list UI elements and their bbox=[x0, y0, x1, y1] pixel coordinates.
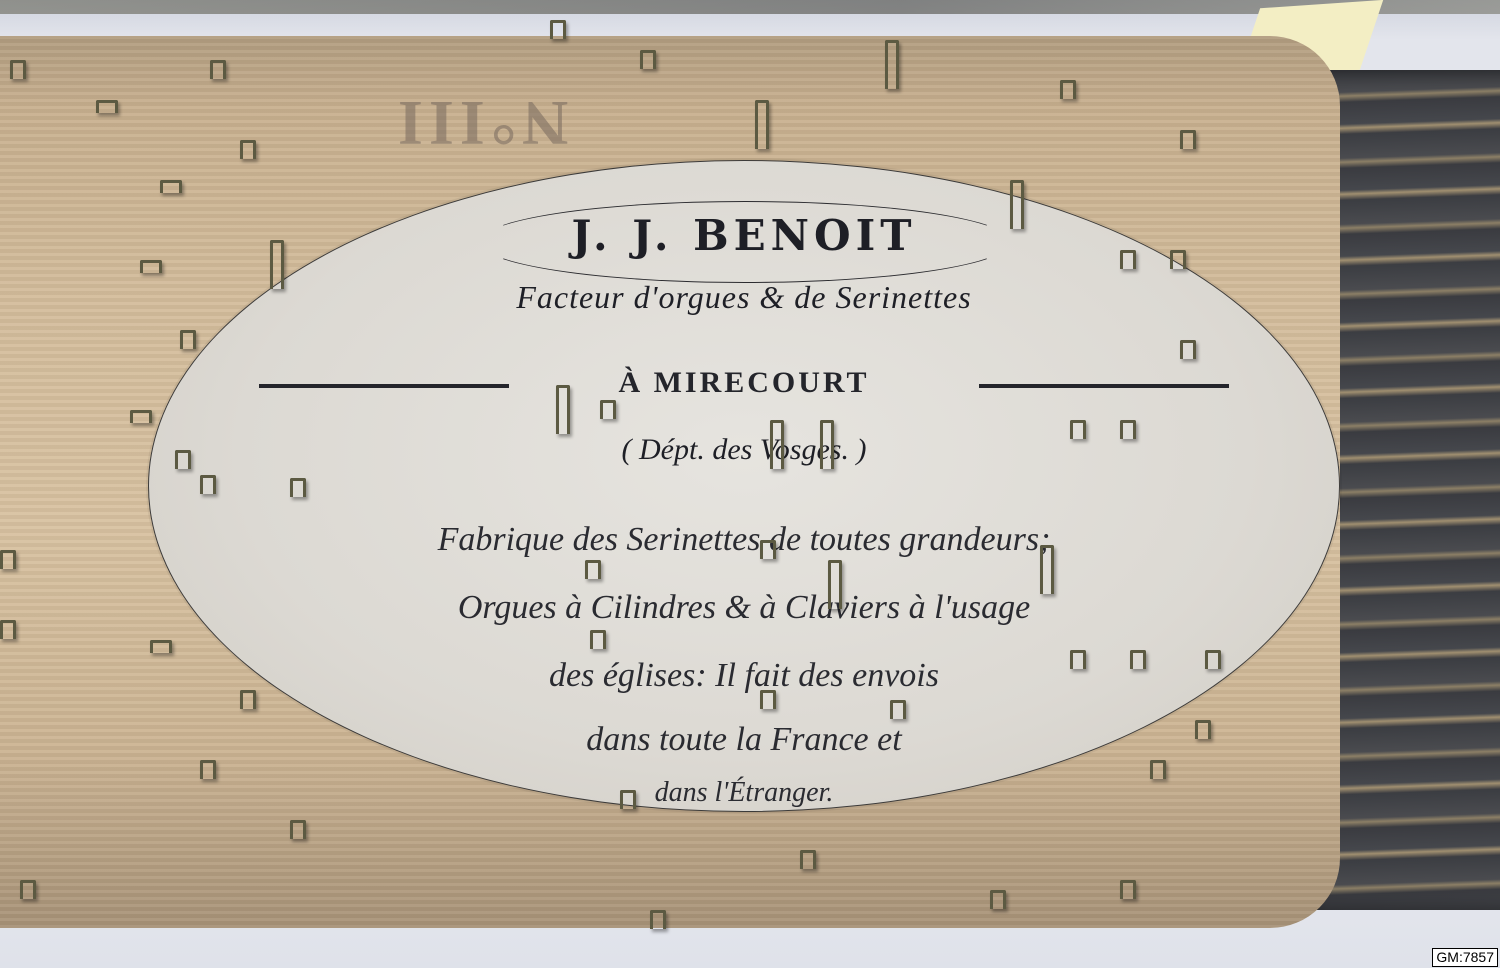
department: ( Dépt. des Vosges. ) bbox=[149, 433, 1339, 467]
town-row: À MIRECOURT bbox=[259, 366, 1229, 406]
body-line-3: des églises: Il fait des envois bbox=[149, 657, 1339, 695]
body-line-4: dans toute la France et bbox=[149, 721, 1339, 759]
number-stamp: N°III bbox=[392, 86, 569, 160]
rule-right bbox=[979, 384, 1229, 388]
inventory-watermark: GM:7857 bbox=[1432, 948, 1498, 967]
body-line-2: Orgues à Cilindres & à Claviers à l'usag… bbox=[149, 589, 1339, 627]
maker-label: J. J. BENOIT Facteur d'orgues & de Serin… bbox=[148, 160, 1340, 812]
body-line-1: Fabrique des Serinettes de toutes grande… bbox=[149, 521, 1339, 559]
body-line-5: dans l'Étranger. bbox=[149, 777, 1339, 809]
town-name: À MIRECOURT bbox=[259, 366, 1229, 400]
maker-name: J. J. BENOIT bbox=[149, 211, 1339, 260]
maker-trade: Facteur d'orgues & de Serinettes bbox=[149, 279, 1339, 316]
